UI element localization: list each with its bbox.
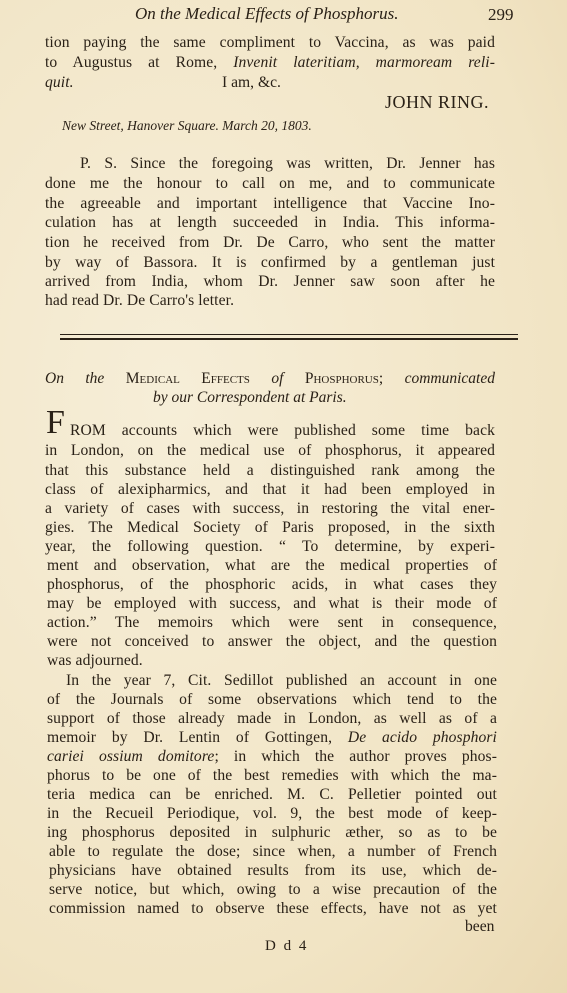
body-line: in London, on the medical use of phospho… (45, 442, 495, 460)
title-part: of (271, 370, 305, 387)
letter-line: to Augustus at Rome, Invenit lateritiam,… (45, 54, 495, 72)
body-line: phosphorus, of the phosphoric acids, in … (47, 576, 497, 594)
drop-cap: F (46, 406, 65, 440)
body-line: was adjourned. (47, 652, 497, 670)
latin-title: cariei ossium domitore (47, 748, 214, 765)
body-line: class of alexipharmics, and that it had … (45, 481, 495, 499)
ps-line: done me the honour to call on me, and to… (45, 175, 495, 193)
address-dateline: New Street, Hanover Square. March 20, 18… (62, 118, 312, 134)
section-rule (60, 334, 518, 335)
ps-line: by way of Bassora. It is confirmed by a … (45, 254, 495, 272)
book-page: On the Medical Effects of Phosphorus. 29… (0, 0, 567, 993)
body-line: physicians have obtained results from it… (49, 862, 497, 880)
body-line: in the Recueil Periodique, vol. 9, the b… (47, 805, 497, 823)
body-line: a variety of cases with success, in rest… (45, 500, 495, 518)
title-part: Phosphorus; (305, 370, 405, 387)
body-line: phorus to be one of the best remedies wi… (47, 767, 497, 785)
body-line: action.” The memoirs which were sent in … (47, 614, 497, 632)
ps-line: culation has at length succeeded in Indi… (45, 214, 495, 232)
ps-line: the agreeable and important intelligence… (45, 195, 495, 213)
ps-line: P. S. Since the foregoing was written, D… (80, 155, 495, 173)
latin-quote: quit. (45, 74, 74, 91)
body-line: In the year 7, Cit. Sedillot published a… (66, 672, 497, 690)
letter-line: tion paying the same compliment to Vacci… (45, 34, 495, 52)
text: to Augustus at Rome, (45, 54, 233, 71)
body-line: serve notice, but which, owing to a wise… (49, 881, 497, 899)
body-line: may be employed with success, and what i… (47, 595, 497, 613)
page-number: 299 (488, 5, 514, 25)
body-line: able to regulate the dose; since when, a… (49, 843, 497, 861)
section-rule (60, 338, 518, 340)
body-line: cariei ossium domitore; in which the aut… (47, 748, 497, 766)
catchword: been (465, 918, 494, 936)
body-line: gies. The Medical Society of Paris propo… (45, 519, 495, 537)
title-part: communicated (405, 370, 495, 387)
title-part: Medical Effects (126, 370, 272, 387)
body-line: teria medica can be enriched. M. C. Pell… (47, 786, 497, 804)
article-subtitle: by our Correspondent at Paris. (153, 389, 347, 407)
body-line: were not conceived to answer the object,… (47, 633, 497, 651)
body-line: ROM accounts which were published some t… (70, 422, 495, 440)
body-line: memoir by Dr. Lentin of Gottingen, De ac… (47, 729, 497, 747)
signature: JOHN RING. (385, 92, 489, 113)
body-line: ing phosphorus deposited in sulphuric æt… (47, 824, 497, 842)
body-line: ment and observation, what are the medic… (47, 557, 497, 575)
running-title: On the Medical Effects of Phosphorus. (135, 4, 398, 24)
latin-quote: Invenit lateritiam, marmoream reli- (233, 54, 495, 71)
signature-mark: D d 4 (265, 938, 308, 955)
body-line: of the Journals of some observations whi… (47, 691, 497, 709)
title-part: On the (45, 370, 126, 387)
latin-title: De acido phosphori (348, 729, 497, 746)
text: tion paying the same compliment to Vacci… (45, 34, 495, 51)
closing: I am, &c. (222, 74, 281, 92)
body-line: year, the following question. “ To deter… (45, 538, 495, 556)
article-title: On the Medical Effects of Phosphorus; co… (45, 370, 495, 388)
body-line: support of those already made in London,… (47, 710, 497, 728)
text: ; in which the author proves phos- (214, 748, 497, 765)
body-line: commission named to observe these effect… (49, 900, 497, 918)
ps-line: arrived from India, whom Dr. Jenner saw … (45, 273, 495, 291)
ps-line: had read Dr. De Carro's letter. (45, 292, 495, 310)
ps-line: tion he received from Dr. De Carro, who … (45, 234, 495, 252)
body-line: that this substance held a distinguished… (45, 462, 495, 480)
text: memoir by Dr. Lentin of Gottingen, (47, 729, 348, 746)
